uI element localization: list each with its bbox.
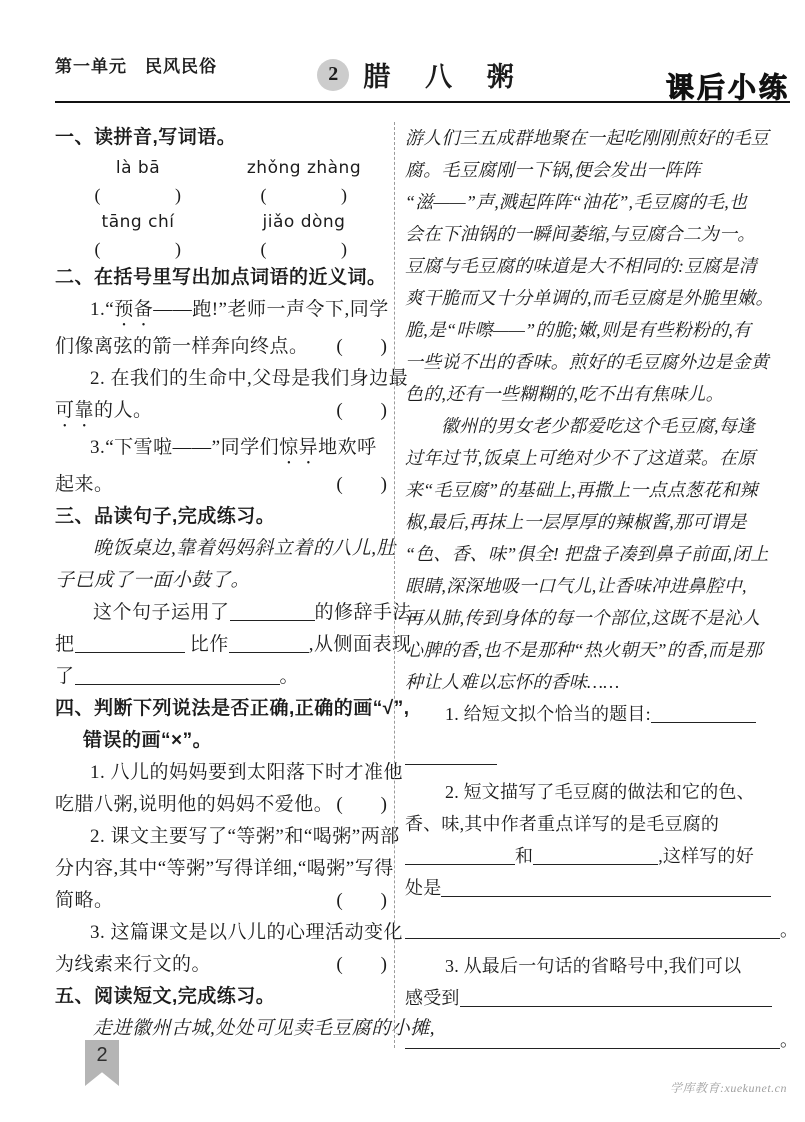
left-text-line: 子已成了一面小鼓了。 bbox=[55, 565, 387, 597]
right-text-line: “色、香、味”俱全! 把盘子凑到鼻子前面,闭上 bbox=[405, 538, 791, 570]
answer-blank bbox=[460, 988, 772, 1007]
right-text-line: 。 bbox=[405, 914, 791, 946]
text-run: 3. 这篇课文是以八儿的心理活动变化 bbox=[90, 922, 403, 943]
right-text-line: 来“毛豆腐”的基础上,再撒上一点点葱花和辣 bbox=[405, 474, 791, 506]
left-text-line: 简略。( ) bbox=[55, 885, 387, 917]
paren-cell: ( ) bbox=[55, 237, 221, 262]
right-text-line: 爽干脆而又十分单调的,而毛豆腐是外脆里嫩。 bbox=[405, 282, 791, 314]
emphasized-word: 可靠 bbox=[55, 400, 94, 421]
left-text-line: 这个句子运用了的修辞手法, bbox=[55, 597, 387, 629]
paren-cell: ( ) bbox=[221, 237, 387, 262]
worksheet-page: 第一单元 民风民俗 2 腊 八 粥 课后小练 一、读拼音,写词语。là bāzh… bbox=[0, 0, 805, 1122]
text-run: 的人。 bbox=[94, 400, 153, 421]
text-run: 们像离弦的箭一样奔向终点。 bbox=[55, 336, 309, 357]
right-text-line: 脆,是“咔嚓——”的脆;嫩,则是有些粉粉的,有 bbox=[405, 314, 791, 346]
text-run: 比作 bbox=[185, 634, 229, 655]
right-text-line: 眼睛,深深地吸一口气儿,让香味冲进鼻腔中, bbox=[405, 570, 791, 602]
page-number: 2 bbox=[96, 1040, 107, 1086]
text-run: 种让人难以忘怀的香味…… bbox=[405, 672, 619, 692]
paren-slot: ( ) bbox=[336, 949, 387, 981]
text-run: 再从肺,传到身体的每一个部位,这既不是沁人 bbox=[405, 608, 760, 628]
pinyin-cell: jiǎo dòng bbox=[221, 208, 387, 237]
answer-blank bbox=[441, 878, 771, 897]
text-run: 吃腊八粥,说明他的妈妈不爱他。 bbox=[55, 794, 333, 815]
left-text-line: 二、在括号里写出加点词语的近义词。 bbox=[55, 262, 387, 294]
text-run: 。 bbox=[280, 666, 300, 687]
header-rule bbox=[55, 101, 790, 103]
text-run: 。 bbox=[780, 1030, 798, 1050]
text-run: 分内容,其中“等粥”写得详细,“喝粥”写得 bbox=[55, 858, 394, 879]
text-run: 椒,最后,再抹上一层厚厚的辣椒酱,那可谓是 bbox=[405, 512, 747, 532]
answer-blank bbox=[405, 920, 780, 939]
text-run: 和 bbox=[515, 846, 533, 866]
right-text-line: 色的,还有一些糊糊的,吃不出有焦味儿。 bbox=[405, 378, 791, 410]
lesson-number-badge: 2 bbox=[317, 59, 349, 91]
left-text-line: 起来。( ) bbox=[55, 469, 387, 501]
text-run: 的修辞手法, bbox=[315, 602, 418, 623]
text-run: 三、品读句子,完成练习。 bbox=[55, 506, 275, 527]
text-run: 3. 从最后一句话的省略号中,我们可以 bbox=[445, 956, 741, 976]
answer-blank bbox=[230, 601, 315, 621]
left-text-line: 们像离弦的箭一样奔向终点。( ) bbox=[55, 331, 387, 363]
emphasized-word: 预备 bbox=[114, 299, 153, 320]
text-run: 这个句子运用了 bbox=[93, 602, 230, 623]
answer-blank bbox=[75, 633, 185, 653]
right-text-line: 。 bbox=[405, 1024, 791, 1056]
paren-slot: ( ) bbox=[336, 885, 387, 917]
right-text-line: 和,这样写的好 bbox=[405, 840, 791, 872]
right-text-line: 感受到 bbox=[405, 982, 791, 1014]
left-column: 一、读拼音,写词语。là bāzhǒng zhàng( )( )tāng chí… bbox=[55, 122, 387, 1045]
left-text-line: 分内容,其中“等粥”写得详细,“喝粥”写得 bbox=[55, 853, 387, 885]
text-run: “滋——”声,溅起阵阵“油花”,毛豆腐的毛,也 bbox=[405, 192, 747, 212]
watermark: 学库教育:xuekunet.cn bbox=[670, 1079, 787, 1096]
text-run: 把 bbox=[55, 634, 75, 655]
text-run: 爽干脆而又十分单调的,而毛豆腐是外脆里嫩。 bbox=[405, 288, 774, 308]
text-run: 感受到 bbox=[405, 988, 460, 1008]
text-run: ,这样写的好 bbox=[658, 846, 754, 866]
right-text-line: 心脾的香,也不是那种“热火朝天”的香,而是那 bbox=[405, 634, 791, 666]
left-text-line: là bāzhǒng zhàng bbox=[55, 154, 387, 183]
right-text-line: 游人们三五成群地聚在一起吃刚刚煎好的毛豆 bbox=[405, 122, 791, 154]
lesson-title: 腊 八 粥 bbox=[363, 55, 528, 94]
text-run: 四、判断下列说法是否正确,正确的画“√”, bbox=[55, 698, 410, 719]
text-run: 1. 给短文拟个恰当的题目: bbox=[445, 704, 651, 724]
pinyin-cell: là bā bbox=[55, 154, 221, 183]
right-text-line: 1. 给短文拟个恰当的题目: bbox=[405, 698, 791, 730]
text-run: 错误的画“×”。 bbox=[83, 730, 212, 751]
right-text-line: 腐。毛豆腐刚一下锅,便会发出一阵阵 bbox=[405, 154, 791, 186]
text-run: 2. 在我们的生命中,父母是我们身边最 bbox=[90, 368, 408, 389]
text-run: 子已成了一面小鼓了。 bbox=[55, 570, 250, 591]
pinyin-cell: tāng chí bbox=[55, 208, 221, 237]
right-text-line: 徽州的男女老少都爱吃这个毛豆腐,每逢 bbox=[405, 410, 791, 442]
text-run: 眼睛,深深地吸一口气儿,让香味冲进鼻腔中, bbox=[405, 576, 747, 596]
text-run: 游人们三五成群地聚在一起吃刚刚煎好的毛豆 bbox=[405, 128, 769, 148]
right-text-line: 豆腐与毛豆腐的味道是大不相同的:豆腐是清 bbox=[405, 250, 791, 282]
practice-badge: 课后小练 bbox=[666, 66, 790, 106]
right-column: 游人们三五成群地聚在一起吃刚刚煎好的毛豆腐。毛豆腐刚一下锅,便会发出一阵阵“滋—… bbox=[405, 122, 791, 1056]
text-run: 走进徽州古城,处处可见卖毛豆腐的小摊, bbox=[93, 1018, 435, 1039]
text-run: 二、在括号里写出加点词语的近义词。 bbox=[55, 267, 387, 288]
left-text-line: 三、品读句子,完成练习。 bbox=[55, 501, 387, 533]
right-text-line: 再从肺,传到身体的每一个部位,这既不是沁人 bbox=[405, 602, 791, 634]
text-run: 过年过节,饭桌上可绝对少不了这道菜。在原 bbox=[405, 448, 756, 468]
left-text-line: 可靠的人。( ) bbox=[55, 395, 387, 432]
text-run: 2. 课文主要写了“等粥”和“喝粥”两部 bbox=[90, 826, 400, 847]
right-text-line: 2. 短文描写了毛豆腐的做法和它的色、 bbox=[405, 776, 791, 808]
left-text-line: 晚饭桌边,靠着妈妈斜立着的八儿,肚 bbox=[55, 533, 387, 565]
paren-slot: ( ) bbox=[336, 331, 387, 363]
answer-blank bbox=[75, 665, 280, 685]
paren-slot: ( ) bbox=[336, 789, 387, 821]
text-run: 会在下油锅的一瞬间萎缩,与豆腐合二为一。 bbox=[405, 224, 756, 244]
text-run: 色的,还有一些糊糊的,吃不出有焦味儿。 bbox=[405, 384, 724, 404]
text-run: 为线索来行文的。 bbox=[55, 954, 211, 975]
text-run: 香、味,其中作者重点详写的是毛豆腐的 bbox=[405, 814, 719, 834]
right-text-line: 过年过节,饭桌上可绝对少不了这道菜。在原 bbox=[405, 442, 791, 474]
text-run: 了 bbox=[55, 666, 75, 687]
text-run: 徽州的男女老少都爱吃这个毛豆腐,每逢 bbox=[441, 416, 755, 436]
paren-slot: ( ) bbox=[336, 395, 387, 427]
left-text-line: 一、读拼音,写词语。 bbox=[55, 122, 387, 154]
left-text-line: 2. 在我们的生命中,父母是我们身边最 bbox=[55, 363, 387, 395]
text-run: 五、阅读短文,完成练习。 bbox=[55, 986, 275, 1007]
right-text-line: 会在下油锅的一瞬间萎缩,与豆腐合二为一。 bbox=[405, 218, 791, 250]
left-text-line: 四、判断下列说法是否正确,正确的画“√”, bbox=[55, 693, 387, 725]
page-number-bookmark: 2 bbox=[85, 1040, 119, 1086]
text-run: 腐。毛豆腐刚一下锅,便会发出一阵阵 bbox=[405, 160, 701, 180]
text-run: 1.“ bbox=[90, 299, 114, 320]
text-run: 脆,是“咔嚓——”的脆;嫩,则是有些粉粉的,有 bbox=[405, 320, 751, 340]
left-text-line: ( )( ) bbox=[55, 183, 387, 208]
right-text-line: 处是 bbox=[405, 872, 791, 904]
left-text-line: 为线索来行文的。( ) bbox=[55, 949, 387, 981]
left-text-line: 五、阅读短文,完成练习。 bbox=[55, 981, 387, 1013]
text-run: 晚饭桌边,靠着妈妈斜立着的八儿,肚 bbox=[93, 538, 396, 559]
right-text-line: 香、味,其中作者重点详写的是毛豆腐的 bbox=[405, 808, 791, 840]
left-text-line: 把 比作,从侧面表现 bbox=[55, 629, 387, 661]
answer-blank bbox=[405, 746, 497, 765]
paren-cell: ( ) bbox=[55, 183, 221, 208]
text-run: 起来。 bbox=[55, 474, 114, 495]
page-header: 第一单元 民风民俗 2 腊 八 粥 课后小练 bbox=[55, 0, 790, 103]
text-run: 豆腐与毛豆腐的味道是大不相同的:豆腐是清 bbox=[405, 256, 757, 276]
left-text-line: 1.“预备——跑!”老师一声令下,同学 bbox=[55, 294, 387, 331]
left-text-line: 错误的画“×”。 bbox=[55, 725, 387, 757]
column-divider bbox=[394, 122, 395, 1048]
left-text-line: tāng chíjiǎo dòng bbox=[55, 208, 387, 237]
pinyin-cell: zhǒng zhàng bbox=[221, 154, 387, 183]
text-run: 来“毛豆腐”的基础上,再撒上一点点葱花和辣 bbox=[405, 480, 758, 500]
left-text-line: 吃腊八粥,说明他的妈妈不爱他。( ) bbox=[55, 789, 387, 821]
left-text-line: 2. 课文主要写了“等粥”和“喝粥”两部 bbox=[55, 821, 387, 853]
answer-blank bbox=[651, 704, 756, 723]
right-text-line bbox=[405, 740, 791, 772]
right-text-line: 种让人难以忘怀的香味…… bbox=[405, 666, 791, 698]
left-text-line: ( )( ) bbox=[55, 237, 387, 262]
text-run: 一些说不出的香味。煎好的毛豆腐外边是金黄 bbox=[405, 352, 769, 372]
left-text-line: 1. 八儿的妈妈要到太阳落下时才准他 bbox=[55, 757, 387, 789]
paren-slot: ( ) bbox=[336, 469, 387, 501]
text-run: ——跑!”老师一声令下,同学 bbox=[153, 299, 389, 320]
left-text-line: 了。 bbox=[55, 661, 387, 693]
text-run: 1. 八儿的妈妈要到太阳落下时才准他 bbox=[90, 762, 403, 783]
text-run: 2. 短文描写了毛豆腐的做法和它的色、 bbox=[445, 782, 755, 802]
text-run: 一、读拼音,写词语。 bbox=[55, 127, 236, 148]
paren-cell: ( ) bbox=[221, 183, 387, 208]
left-text-line: 3.“下雪啦——”同学们惊异地欢呼 bbox=[55, 432, 387, 469]
text-run: 地欢呼 bbox=[318, 437, 377, 458]
answer-blank bbox=[533, 846, 658, 865]
answer-blank bbox=[229, 633, 309, 653]
text-run: ,从侧面表现 bbox=[309, 634, 412, 655]
text-run: 。 bbox=[780, 920, 798, 940]
text-run: “色、香、味”俱全! 把盘子凑到鼻子前面,闭上 bbox=[405, 544, 769, 564]
text-run: 3.“下雪啦——”同学们 bbox=[90, 437, 279, 458]
right-text-line: 一些说不出的香味。煎好的毛豆腐外边是金黄 bbox=[405, 346, 791, 378]
left-text-line: 3. 这篇课文是以八儿的心理活动变化 bbox=[55, 917, 387, 949]
emphasized-word: 惊异 bbox=[279, 437, 318, 458]
text-run: 心脾的香,也不是那种“热火朝天”的香,而是那 bbox=[405, 640, 762, 660]
text-run: 处是 bbox=[405, 878, 441, 898]
answer-blank bbox=[405, 1030, 780, 1049]
right-text-line: 3. 从最后一句话的省略号中,我们可以 bbox=[405, 950, 791, 982]
answer-blank bbox=[405, 846, 515, 865]
text-run: 简略。 bbox=[55, 890, 114, 911]
right-text-line: 椒,最后,再抹上一层厚厚的辣椒酱,那可谓是 bbox=[405, 506, 791, 538]
right-text-line: “滋——”声,溅起阵阵“油花”,毛豆腐的毛,也 bbox=[405, 186, 791, 218]
